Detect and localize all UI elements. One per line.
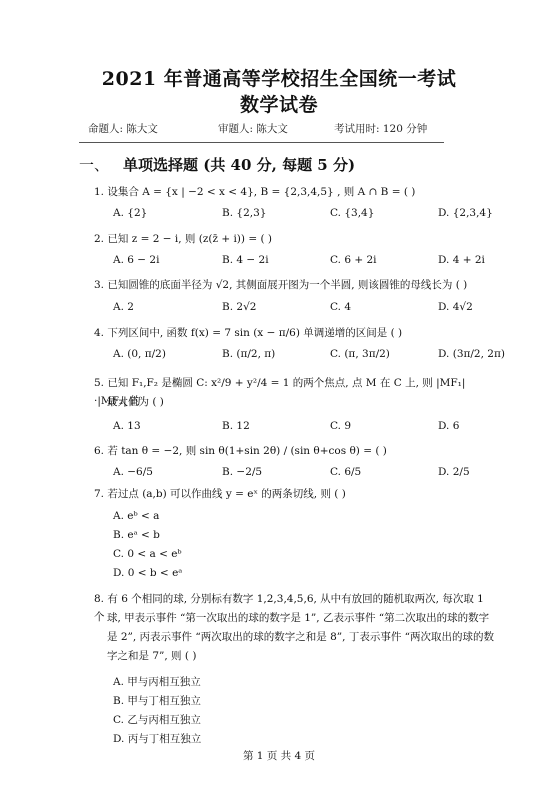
question-8-option-a[interactable]: A. 甲与丙相互独立 xyxy=(113,674,201,689)
question-6-option-c[interactable]: C. 6/5 xyxy=(330,466,361,478)
question-8-stem-line4: 字之和是 7”, 则 ( ) xyxy=(107,647,497,665)
question-4-option-c[interactable]: C. (π, 3π/2) xyxy=(330,348,390,360)
section-heading: 一、单项选择题 (共 40 分, 每题 5 分) xyxy=(79,154,355,175)
question-1-option-b[interactable]: B. {2,3} xyxy=(222,207,266,219)
question-3-option-a[interactable]: A. 2 xyxy=(113,301,134,313)
author-label: 命题人: 陈大文 xyxy=(88,121,158,136)
question-1-stem: 1. 设集合 A = {x | −2 < x < 4}, B = {2,3,4,… xyxy=(94,183,474,201)
question-7-stem: 7. 若过点 (a,b) 可以作曲线 y = eˣ 的两条切线, 则 ( ) xyxy=(94,485,474,503)
question-6-option-b[interactable]: B. −2/5 xyxy=(222,466,262,478)
question-4-option-d[interactable]: D. (3π/2, 2π) xyxy=(438,348,505,360)
question-7-option-d[interactable]: D. 0 < b < eᵃ xyxy=(113,567,182,579)
question-5-option-c[interactable]: C. 9 xyxy=(330,420,351,432)
section-number: 一、 xyxy=(79,154,123,175)
question-3-option-b[interactable]: B. 2√2 xyxy=(222,301,256,313)
question-2-option-c[interactable]: C. 6 + 2i xyxy=(330,254,377,266)
question-5-stem-line2: 最大值为 ( ) xyxy=(107,393,487,411)
question-5-option-a[interactable]: A. 13 xyxy=(113,420,141,432)
question-8-stem-line2: 球, 甲表示事件 “第一次取出的球的数字是 1”, 乙表示事件 “第二次取出的球… xyxy=(107,609,497,627)
question-8-option-b[interactable]: B. 甲与丁相互独立 xyxy=(113,693,201,708)
question-6-stem: 6. 若 tan θ = −2, 则 sin θ(1+sin 2θ) / (si… xyxy=(94,442,474,460)
question-7-option-c[interactable]: C. 0 < a < eᵇ xyxy=(113,548,182,560)
question-8-option-d[interactable]: D. 丙与丁相互独立 xyxy=(113,731,201,746)
question-2-option-a[interactable]: A. 6 − 2i xyxy=(113,254,159,266)
question-1-option-a[interactable]: A. {2} xyxy=(113,207,147,219)
page-footer: 第 1 页 共 4 页 xyxy=(0,748,558,763)
question-1-option-d[interactable]: D. {2,3,4} xyxy=(438,207,493,219)
question-7-option-b[interactable]: B. eᵃ < b xyxy=(113,529,160,541)
header-divider xyxy=(79,142,444,143)
question-4-option-b[interactable]: B. (π/2, π) xyxy=(222,348,275,360)
question-4-stem: 4. 下列区间中, 函数 f(x) = 7 sin (x − π/6) 单调递增… xyxy=(94,324,474,342)
exam-page: 2021 年普通高等学校招生全国统一考试 数学试卷 命题人: 陈大文 审题人: … xyxy=(0,0,558,789)
question-7-option-a[interactable]: A. eᵇ < a xyxy=(113,510,159,522)
exam-title: 2021 年普通高等学校招生全国统一考试 xyxy=(0,64,558,91)
question-6-option-d[interactable]: D. 2/5 xyxy=(438,466,470,478)
question-4-option-a[interactable]: A. (0, π/2) xyxy=(113,348,166,360)
question-6-option-a[interactable]: A. −6/5 xyxy=(113,466,153,478)
question-3-option-c[interactable]: C. 4 xyxy=(330,301,351,313)
reviewer-label: 审题人: 陈大文 xyxy=(218,121,288,136)
question-8-stem-line3: 是 2”, 丙表示事件 “两次取出的球的数字之和是 8”, 丁表示事件 “两次取… xyxy=(107,628,497,646)
duration-label: 考试用时: 120 分钟 xyxy=(334,121,427,136)
question-3-stem: 3. 已知圆锥的底面半径为 √2, 其侧面展开图为一个半圆, 则该圆锥的母线长为… xyxy=(94,276,474,294)
exam-subtitle: 数学试卷 xyxy=(0,90,558,117)
question-8-option-c[interactable]: C. 乙与丙相互独立 xyxy=(113,712,201,727)
question-2-option-d[interactable]: D. 4 + 2i xyxy=(438,254,485,266)
question-2-stem: 2. 已知 z = 2 − i, 则 (z(z̄ + i)) = ( ) xyxy=(94,230,474,248)
section-title: 单项选择题 (共 40 分, 每题 5 分) xyxy=(123,156,355,174)
question-5-option-d[interactable]: D. 6 xyxy=(438,420,459,432)
question-2-option-b[interactable]: B. 4 − 2i xyxy=(222,254,269,266)
question-5-option-b[interactable]: B. 12 xyxy=(222,420,250,432)
question-1-option-c[interactable]: C. {3,4} xyxy=(330,207,374,219)
question-3-option-d[interactable]: D. 4√2 xyxy=(438,301,473,313)
